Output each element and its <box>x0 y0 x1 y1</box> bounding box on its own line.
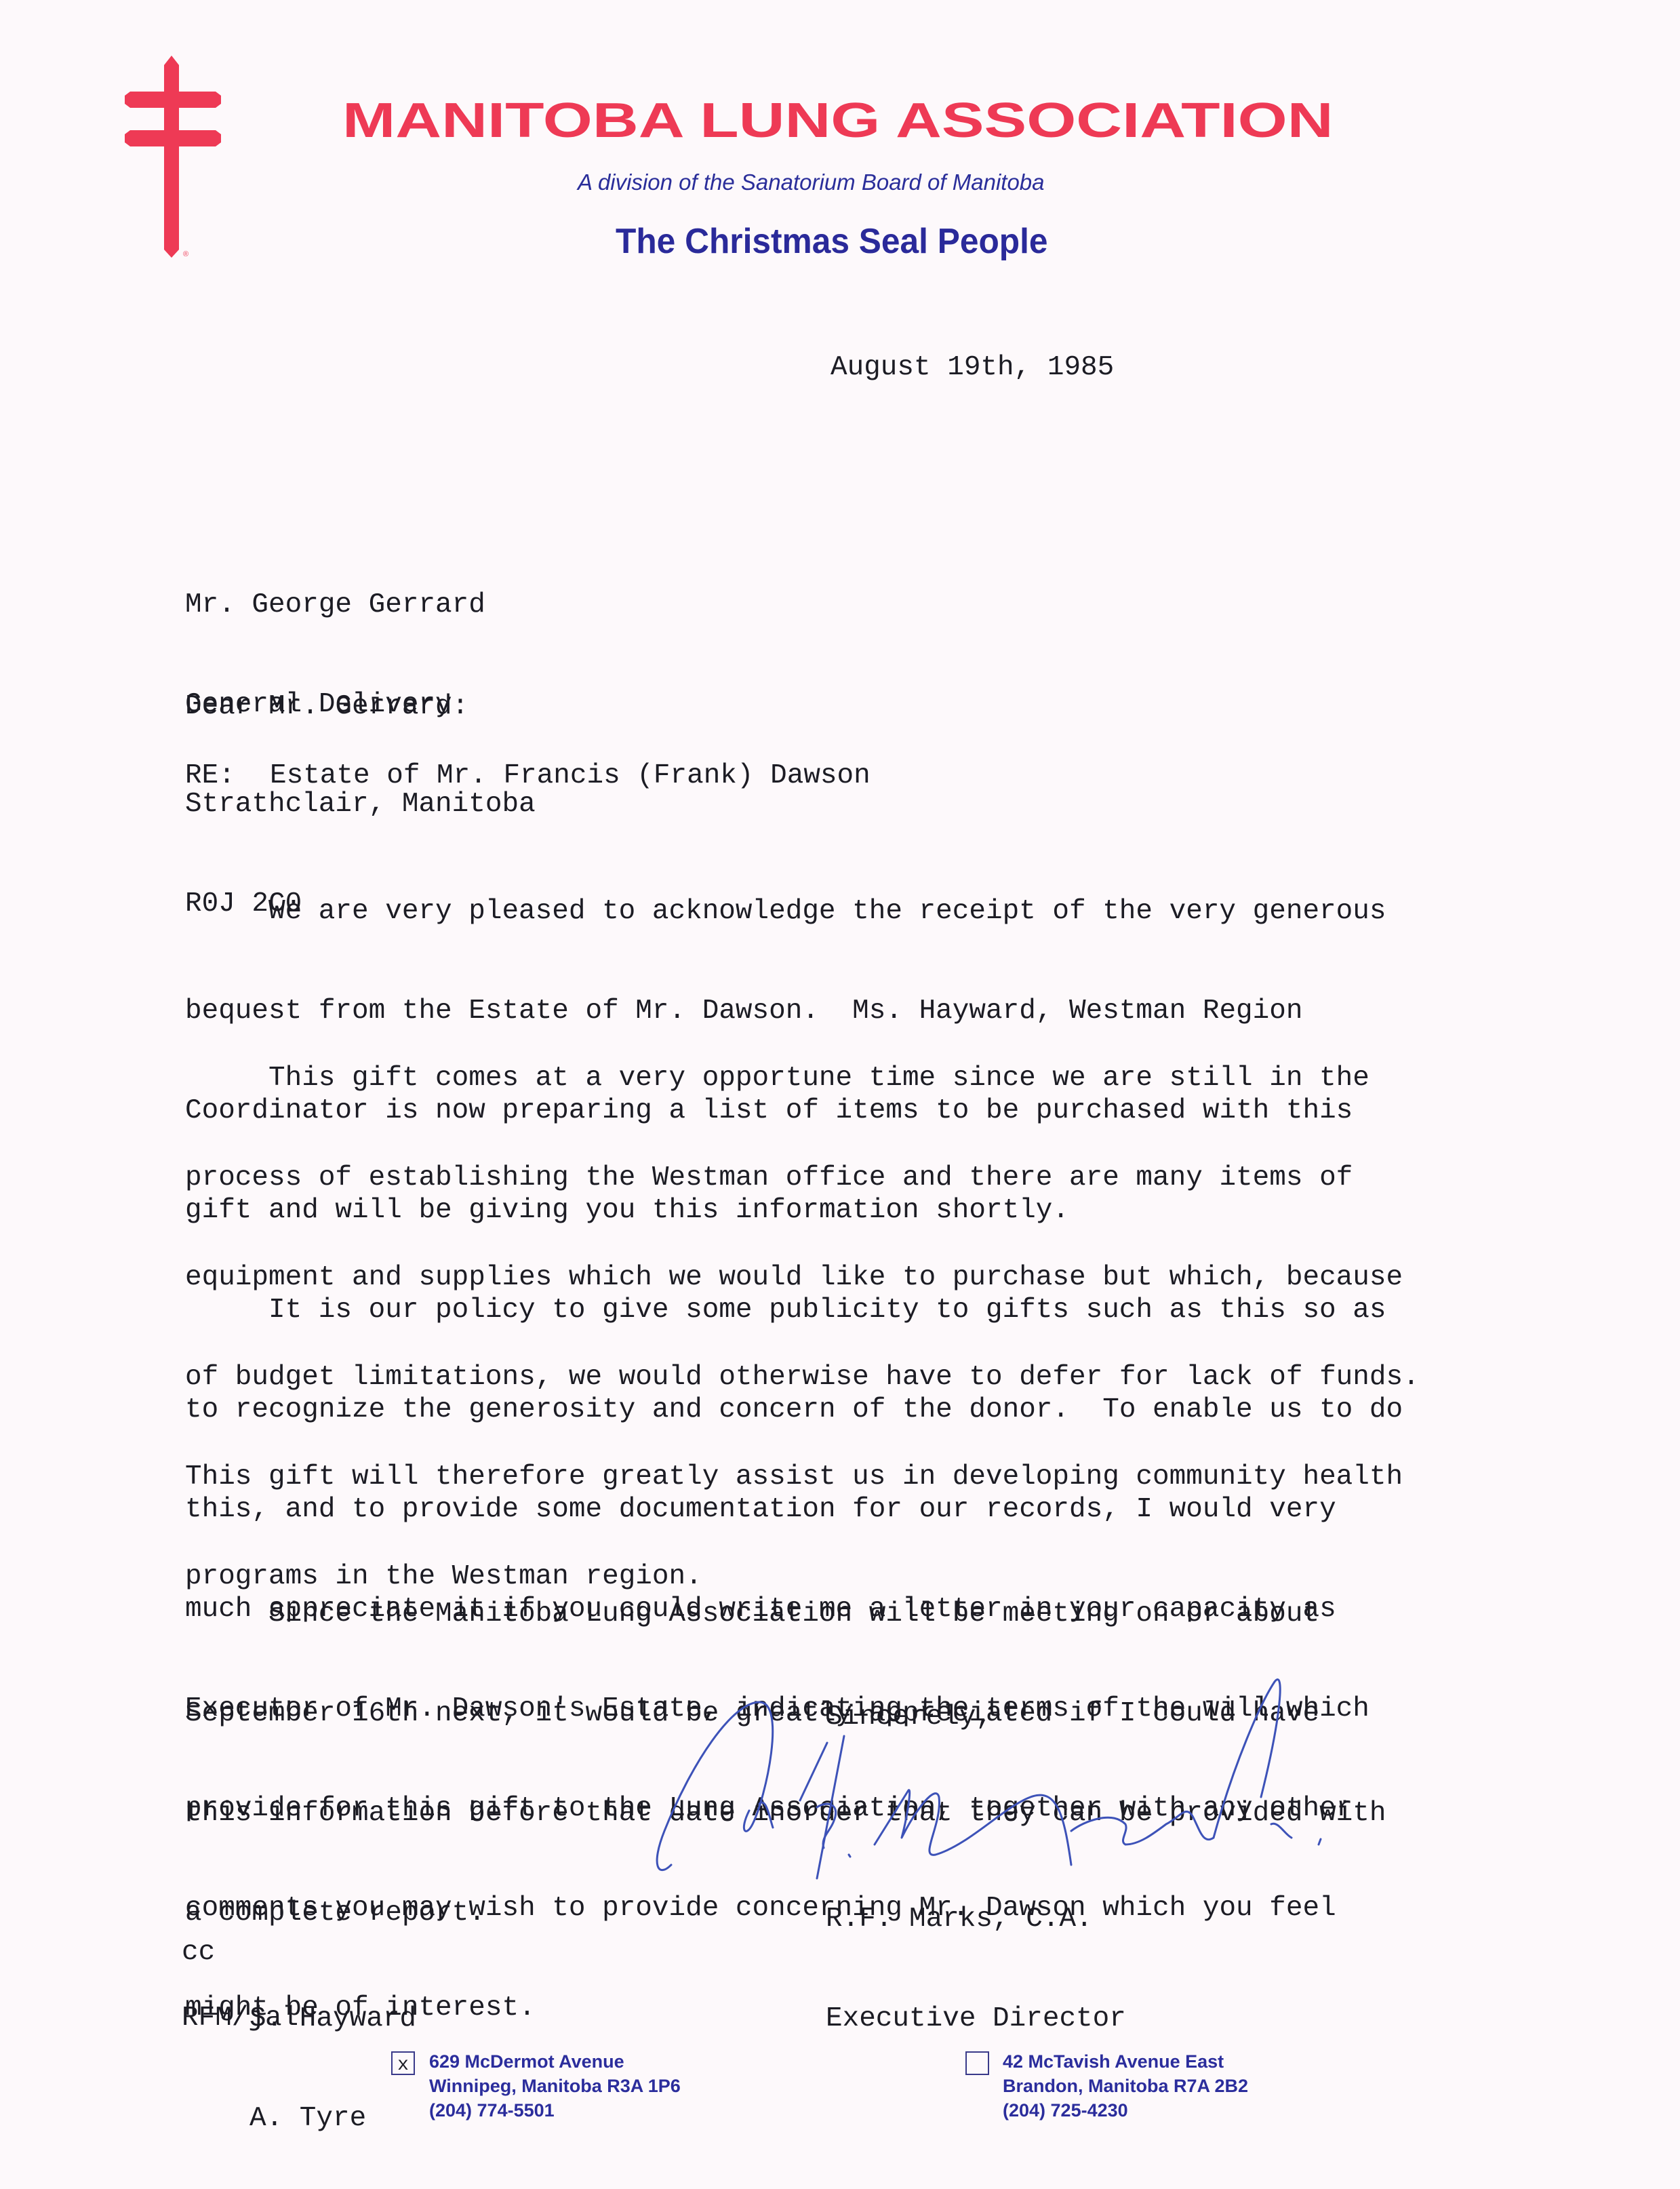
paragraph-line: Since the Manitoba Lung Association will… <box>185 1598 1386 1631</box>
office-phone: (204) 725-4230 <box>1003 2098 1248 2123</box>
office-phone: (204) 774-5501 <box>429 2098 681 2123</box>
office-address-winnipeg: 629 McDermot Avenue Winnipeg, Manitoba R… <box>429 2049 681 2123</box>
paragraph-line: This gift comes at a very opportune time… <box>185 1062 1420 1095</box>
organization-tagline: The Christmas Seal People <box>616 221 1048 262</box>
signer-title: Executive Director <box>826 2003 1126 2036</box>
cc-label: cc <box>182 1936 215 1969</box>
paragraph-line: to recognize the generosity and concern … <box>185 1394 1403 1427</box>
office-city: Brandon, Manitoba R7A 2B2 <box>1003 2074 1248 2098</box>
signer-block: R.F. Marks, C.A. Executive Director <box>826 1836 1126 2069</box>
letter-date: August 19th, 1985 <box>831 351 1114 384</box>
signer-name: R.F. Marks, C.A. <box>826 1903 1126 1936</box>
office-checkbox-brandon[interactable] <box>965 2051 989 2075</box>
recipient-line: Mr. George Gerrard <box>185 589 536 622</box>
reference-initials: RFM/jal <box>182 2002 298 2035</box>
office-address-brandon: 42 McTavish Avenue East Brandon, Manitob… <box>1003 2049 1248 2123</box>
paragraph-line: process of establishing the Westman offi… <box>185 1162 1420 1195</box>
paragraph-line: a complete report. <box>185 1897 1386 1930</box>
office-city: Winnipeg, Manitoba R3A 1P6 <box>429 2074 681 2098</box>
subject-label: RE: <box>185 760 235 793</box>
salutation: Dear Mr. Gerrard: <box>185 690 468 724</box>
recipient-line: Strathclair, Manitoba <box>185 788 536 821</box>
paragraph-line: this, and to provide some documentation … <box>185 1493 1403 1526</box>
organization-subtitle: A division of the Sanatorium Board of Ma… <box>578 169 1045 196</box>
subject-line: Estate of Mr. Francis (Frank) Dawson <box>270 760 871 793</box>
office-street: 629 McDermot Avenue <box>429 2049 681 2074</box>
paragraph-line: It is our policy to give some publicity … <box>185 1294 1403 1327</box>
registered-mark: ® <box>183 250 188 258</box>
paragraph-line: We are very pleased to acknowledge the r… <box>185 895 1386 928</box>
office-street: 42 McTavish Avenue East <box>1003 2049 1248 2074</box>
organization-name: MANITOBA LUNG ASSOCIATION <box>342 94 1334 148</box>
office-checkbox-winnipeg[interactable]: x <box>391 2051 415 2075</box>
cc-recipient: A. Tyre <box>249 2102 416 2135</box>
double-barred-cross-icon: ® <box>115 53 231 260</box>
